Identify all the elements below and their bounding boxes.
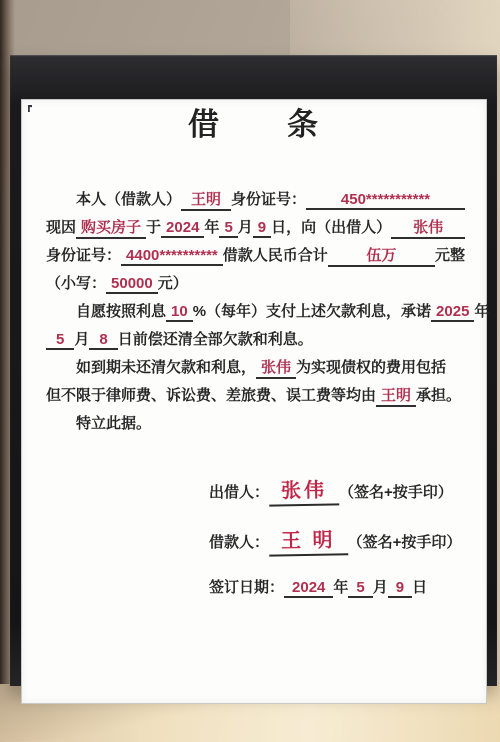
fill-loan-day: 9	[253, 219, 271, 238]
text-run: 年	[474, 300, 489, 321]
text-run: 为实现债权的费用包括	[296, 356, 446, 377]
text-run: 元整	[435, 244, 465, 265]
fill-amount-digits: 50000	[106, 275, 158, 294]
fill-lender-name-2: 张伟	[256, 356, 296, 379]
text-run: 特立此据。	[76, 412, 151, 433]
text-run: 如到期未还清欠款和利息，	[76, 356, 256, 377]
text-run: （小写：	[46, 272, 106, 293]
month-unit: 月	[373, 576, 388, 597]
lender-signature-row: 出借人： 张伟 （签名+按手印）	[209, 474, 487, 524]
text-run: 身份证号：	[46, 244, 121, 265]
text-run: 承担。	[416, 384, 461, 405]
doc-title: 借 条	[21, 99, 487, 144]
day-unit: 日	[412, 576, 427, 597]
fill-due-month: 5	[46, 331, 74, 350]
text-run: 于	[146, 216, 161, 237]
fill-sign-month: 5	[348, 579, 372, 598]
body-line-8: 但不限于律师费、诉讼费、差旅费、误工费等均由 王明 承担。	[46, 384, 465, 412]
signature-suffix: （签名+按手印）	[339, 481, 453, 502]
fill-lender-id: 4400**********	[121, 247, 223, 266]
borrower-label: 借款人：	[209, 531, 269, 552]
lender-signature: 张伟	[269, 473, 340, 506]
fill-sign-year: 2024	[284, 579, 333, 598]
fill-borrower-name-2: 王明	[376, 384, 416, 407]
text-run: 身份证号：	[231, 188, 306, 209]
text-run: %（每年）支付上述欠款利息，承诺	[193, 300, 431, 321]
fill-loan-purpose: 购买房子	[76, 216, 146, 239]
fill-lender-name: 张伟	[391, 216, 465, 239]
text-run: 日前偿还清全部欠款和利息。	[118, 328, 313, 349]
body-line-5: 自愿按照利息 10 %（每年）支付上述欠款利息，承诺 2025 年	[46, 300, 465, 328]
signature-block: 出借人： 张伟 （签名+按手印） 借款人： 王 明 （签名+按手印） 签订日期：…	[209, 474, 487, 610]
text-run: 本人（借款人）	[76, 188, 181, 209]
text-run: 自愿按照利息	[76, 300, 166, 321]
borrower-signature: 王 明	[269, 523, 348, 556]
body-line-9: 特立此据。	[46, 412, 465, 440]
lender-label: 出借人：	[209, 481, 269, 502]
signature-suffix: （签名+按手印）	[348, 531, 462, 552]
fill-borrower-id: 450***********	[306, 191, 465, 210]
borrower-signature-row: 借款人： 王 明 （签名+按手印）	[209, 524, 487, 574]
year-unit: 年	[333, 576, 348, 597]
body-line-4: （小写： 50000 元）	[46, 272, 465, 300]
date-label: 签订日期：	[209, 576, 284, 597]
fill-loan-month: 5	[219, 219, 237, 238]
body-line-2: 现因 购买房子 于 2024 年 5 月 9 日，向（出借人） 张伟	[46, 216, 465, 244]
fill-due-year: 2025	[431, 303, 474, 322]
text-run: 月	[74, 328, 89, 349]
fill-amount-words: 伍万	[328, 244, 435, 267]
text-run: 年	[204, 216, 219, 237]
text-run: 现因	[46, 216, 76, 237]
fill-due-day: 8	[89, 331, 117, 350]
text-run: 日，向（出借人）	[271, 216, 391, 237]
doc-body: 本人（借款人） 王明 身份证号： 450*********** 现因 购买房子 …	[46, 188, 465, 440]
iou-paper: 借 条 本人（借款人） 王明 身份证号： 450*********** 现因 购…	[21, 99, 487, 704]
fill-interest-rate: 10	[166, 303, 193, 322]
body-line-1: 本人（借款人） 王明 身份证号： 450***********	[46, 188, 465, 216]
fill-sign-day: 9	[388, 579, 412, 598]
text-run: 月	[238, 216, 253, 237]
text-run: 元）	[158, 272, 188, 293]
picture-frame: 借 条 本人（借款人） 王明 身份证号： 450*********** 现因 购…	[10, 55, 497, 686]
signing-date-row: 签订日期： 2024 年 5 月 9 日	[209, 576, 487, 610]
body-line-7: 如到期未还清欠款和利息， 张伟 为实现债权的费用包括	[46, 356, 465, 384]
body-line-3: 身份证号： 4400********** 借款人民币合计 伍万 元整	[46, 244, 465, 272]
text-run: 但不限于律师费、诉讼费、差旅费、误工费等均由	[46, 384, 376, 405]
text-run: 借款人民币合计	[223, 244, 328, 265]
fill-borrower-name: 王明	[181, 188, 231, 211]
fill-loan-year: 2024	[161, 219, 204, 238]
body-line-6: 5 月 8 日前偿还清全部欠款和利息。	[46, 328, 465, 356]
